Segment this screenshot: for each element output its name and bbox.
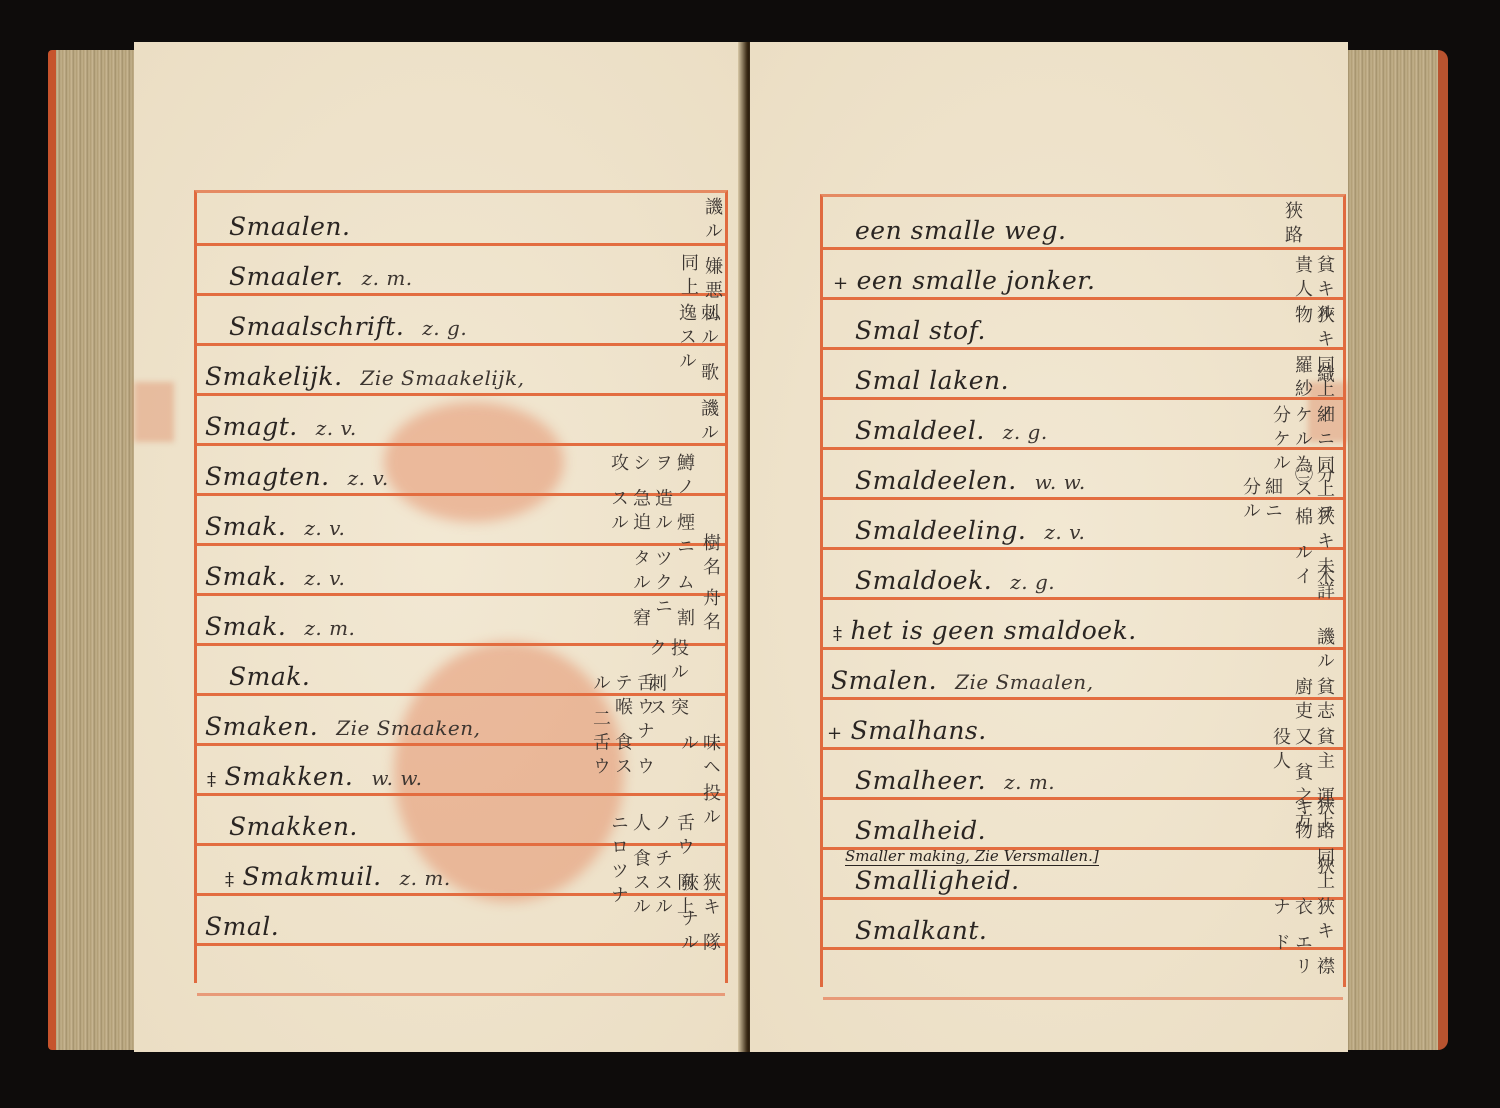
- dictionary-entry: Smakelijk.Zie Smaakelijk,: [197, 343, 725, 396]
- headword: Smalhans.: [851, 716, 987, 745]
- dictionary-entry: Smalligheid.: [823, 847, 1343, 900]
- headword: Smalkant.: [855, 916, 987, 945]
- blank-row: [823, 947, 1343, 1000]
- headword: Smagten.: [205, 462, 330, 491]
- headword: het is geen smaldoek.: [851, 616, 1137, 645]
- dictionary-entry: Smalen.Zie Smaalen,: [823, 647, 1343, 700]
- headword: Smaldeelen.: [855, 466, 1017, 495]
- headword: Smaldoek.: [855, 566, 992, 595]
- headword: een smalle weg.: [855, 216, 1066, 245]
- open-book: Smaalen. Smaaler.z. m. Smaalschrift.z. g…: [48, 42, 1448, 1052]
- headword: Smakmuil.: [243, 862, 382, 891]
- japanese-gloss: 舌ウナ ウテ喉 食スル 二舌ウ: [589, 673, 655, 783]
- dictionary-entry: +Smalhans.: [823, 697, 1343, 750]
- headword: Smak.: [205, 612, 286, 641]
- dictionary-entry: Smalkant.: [823, 897, 1343, 950]
- japanese-gloss: 狹キ 襟衣 エリナ ド: [1269, 897, 1335, 987]
- dictionary-entry: Smaldeel.z. g.: [823, 397, 1343, 450]
- headword: Smalen.: [831, 666, 937, 695]
- dictionary-entry: Smaldoek.z. g.: [823, 547, 1343, 600]
- headword: Smaalschrift.: [229, 312, 404, 341]
- japanese-gloss: 細ニ 分ル: [1239, 477, 1283, 527]
- right-ruled-frame: een smalle weg. +een smalle jonker. Smal…: [820, 194, 1346, 987]
- japanese-gloss: 同上: [1313, 847, 1335, 897]
- dictionary-entry: +een smalle jonker.: [823, 247, 1343, 300]
- dictionary-entry: Smaalen.: [197, 193, 725, 246]
- headword: Smal laken.: [855, 366, 1009, 395]
- japanese-gloss: 譏ル: [1313, 627, 1335, 677]
- right-page-edge: [1338, 50, 1448, 1050]
- headword: Smakelijk.: [205, 362, 343, 391]
- left-page-edge: [48, 50, 142, 1050]
- right-page: een smalle weg. +een smalle jonker. Smal…: [750, 42, 1348, 1052]
- headword: Smak.: [205, 562, 286, 591]
- dictionary-entry: Smal stof.: [823, 297, 1343, 350]
- japanese-gloss: 投ル: [699, 783, 721, 843]
- japanese-gloss: 刺ル 歌 譏ル 逸スル: [675, 303, 719, 453]
- left-ruled-frame: Smaalen. Smaaler.z. m. Smaalschrift.z. g…: [194, 190, 728, 983]
- dictionary-entry: Smagt.z. v.: [197, 393, 725, 446]
- headword: Smaaler.: [229, 262, 344, 291]
- headword: Smaken.: [205, 712, 318, 741]
- japanese-gloss: 樹名: [699, 533, 721, 583]
- headword: Smal stof.: [855, 316, 986, 345]
- dictionary-entry: Smaaler.z. m.: [197, 243, 725, 296]
- dictionary-entry: Smalheid.: [823, 797, 1343, 850]
- headword: Smak.: [205, 512, 286, 541]
- headword: Smakken.: [229, 812, 358, 841]
- headword: Smalligheid.: [855, 866, 1020, 895]
- headword: Smalheid.: [855, 816, 986, 845]
- headword: een smalle jonker.: [857, 266, 1096, 295]
- dictionary-entry: een smalle weg.: [823, 197, 1343, 250]
- headword: Smak.: [229, 662, 310, 691]
- japanese-gloss: 未詳: [1313, 557, 1335, 617]
- headword: Smagt.: [205, 412, 298, 441]
- japanese-gloss: 狹キ 隊 狹 ナル: [677, 873, 721, 973]
- headword: Smaldeeling.: [855, 516, 1026, 545]
- headword: Smaalen.: [229, 212, 350, 241]
- dictionary-entry: Smal laken.: [823, 347, 1343, 400]
- headword: Smakken.: [225, 762, 354, 791]
- headword: Smaldeel.: [855, 416, 985, 445]
- headword: Smal.: [205, 912, 279, 941]
- dictionary-entry: Smalheer.z. m.: [823, 747, 1343, 800]
- dictionary-entry: ‡het is geen smaldoek.: [823, 597, 1343, 650]
- headword: Smalheer.: [855, 766, 986, 795]
- japanese-gloss: 狹路: [1281, 201, 1303, 251]
- japanese-gloss: 舟名: [699, 588, 721, 638]
- blank-row: [197, 943, 725, 996]
- left-page: Smaalen. Smaaler.z. m. Smaalschrift.z. g…: [134, 42, 746, 1052]
- japanese-gloss: 鱒ノ 煙ニ ム 割ヲ 造ル ツクニシ 急迫 タル 窘攻 スル: [607, 453, 695, 633]
- dictionary-entry: Smaalschrift.z. g.: [197, 293, 725, 346]
- red-stain-band: [134, 382, 174, 442]
